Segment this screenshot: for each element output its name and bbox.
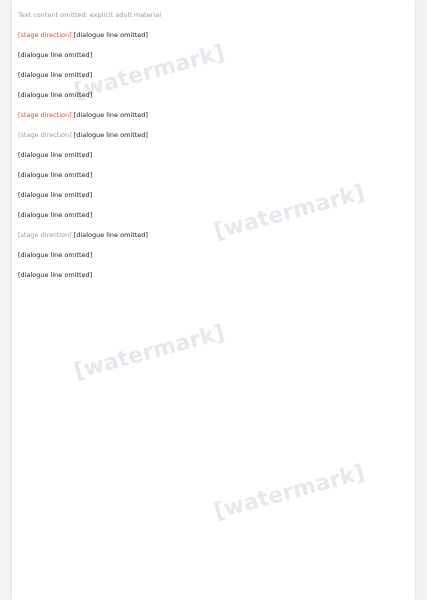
- paragraph: [dialogue line omitted]: [18, 70, 407, 81]
- paragraph: [dialogue line omitted]: [18, 270, 407, 281]
- stage-direction: [stage direction]: [18, 31, 72, 39]
- dialogue-text: [dialogue line omitted]: [74, 231, 148, 239]
- dialogue-text: [dialogue line omitted]: [18, 211, 92, 219]
- watermark: [watermark]: [71, 320, 227, 384]
- dialogue-text: [dialogue line omitted]: [18, 271, 92, 279]
- paragraph: [dialogue line omitted]: [18, 210, 407, 221]
- dialogue-text: [dialogue line omitted]: [18, 71, 92, 79]
- watermark: [watermark]: [211, 460, 367, 524]
- paragraph: [dialogue line omitted]: [18, 250, 407, 261]
- paragraph: [stage direction] [dialogue line omitted…: [18, 230, 407, 241]
- paragraph: [dialogue line omitted]: [18, 90, 407, 101]
- paragraph: [dialogue line omitted]: [18, 150, 407, 161]
- dialogue-text: [dialogue line omitted]: [74, 111, 148, 119]
- dialogue-text: [dialogue line omitted]: [18, 171, 92, 179]
- document-body: Text content omitted: explicit adult mat…: [12, 0, 415, 281]
- content-notice: Text content omitted: explicit adult mat…: [18, 10, 407, 21]
- dialogue-text: [dialogue line omitted]: [74, 31, 148, 39]
- stage-direction: [stage direction]: [18, 231, 72, 239]
- dialogue-text: [dialogue line omitted]: [18, 151, 92, 159]
- paragraph: [stage direction] [dialogue line omitted…: [18, 30, 407, 41]
- dialogue-text: [dialogue line omitted]: [18, 251, 92, 259]
- dialogue-text: [dialogue line omitted]: [18, 191, 92, 199]
- dialogue-text: [dialogue line omitted]: [18, 51, 92, 59]
- paragraph: [dialogue line omitted]: [18, 50, 407, 61]
- document-page: [watermark] [watermark] [watermark] [wat…: [12, 0, 415, 600]
- dialogue-text: [dialogue line omitted]: [18, 91, 92, 99]
- stage-direction: [stage direction]: [18, 131, 72, 139]
- paragraph: [stage direction] [dialogue line omitted…: [18, 110, 407, 121]
- paragraph: [dialogue line omitted]: [18, 190, 407, 201]
- paragraph: [dialogue line omitted]: [18, 170, 407, 181]
- stage-direction: [stage direction]: [18, 111, 72, 119]
- paragraph: [stage direction] [dialogue line omitted…: [18, 130, 407, 141]
- dialogue-text: [dialogue line omitted]: [74, 131, 148, 139]
